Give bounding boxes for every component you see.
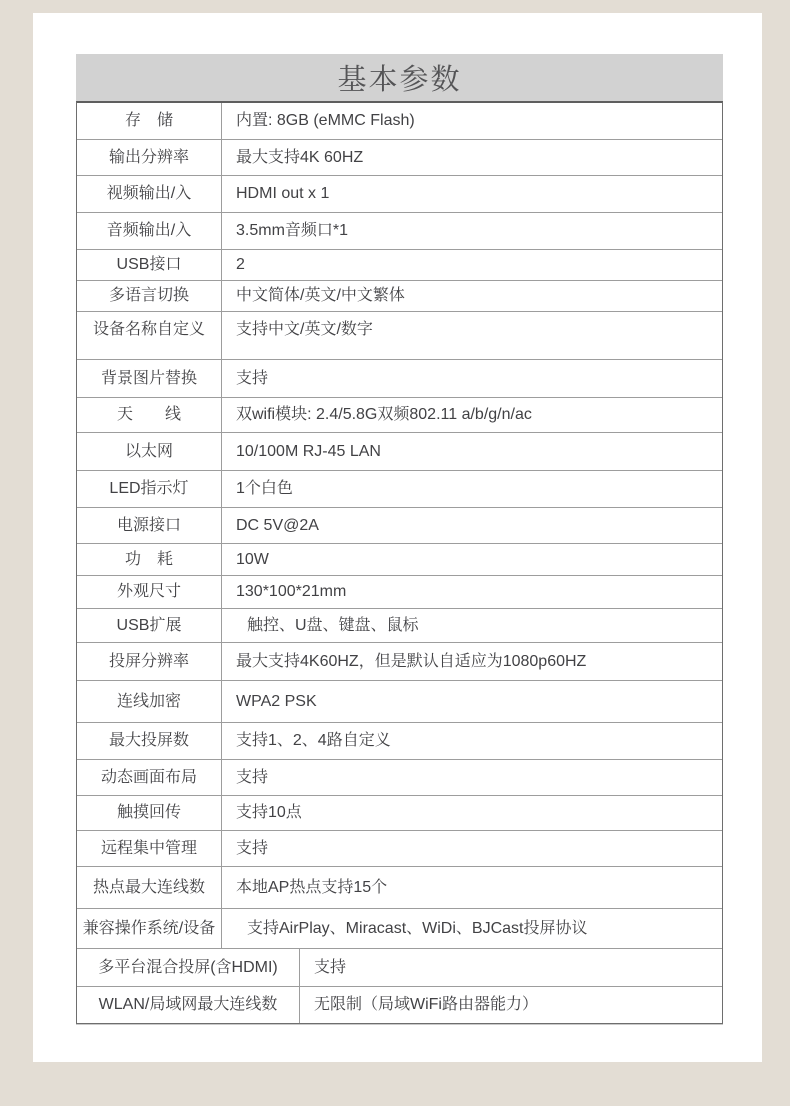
spec-value: 最大支持4K 60HZ	[222, 140, 722, 175]
spec-value: 支持	[300, 949, 722, 986]
table-row: 视频输出/入 HDMI out x 1	[77, 175, 722, 212]
table-row: 动态画面布局 支持	[77, 759, 722, 795]
table-row: WLAN/局域网最大连线数 无限制（局域WiFi路由器能力）	[77, 986, 722, 1023]
spec-value: 130*100*21mm	[222, 576, 722, 608]
table-row: 天 线 双wifi模块: 2.4/5.8G双频802.11 a/b/g/n/ac	[77, 397, 722, 432]
basic-params-table: 基本参数 存 储 内置: 8GB (eMMC Flash) 输出分辨率 最大支持…	[76, 54, 723, 1024]
spec-value: WPA2 PSK	[222, 681, 722, 722]
spec-label: 触摸回传	[77, 796, 222, 830]
table-row: 触摸回传 支持10点	[77, 795, 722, 830]
spec-value: 2	[222, 250, 722, 280]
spec-value: 最大支持4K60HZ，但是默认自适应为1080p60HZ	[222, 643, 722, 680]
spec-value: 10/100M RJ-45 LAN	[222, 433, 722, 470]
spec-value: 触控、U盘、键盘、鼠标	[222, 609, 722, 642]
table-row: USB接口 2	[77, 249, 722, 280]
spec-value: HDMI out x 1	[222, 176, 722, 212]
spec-label: WLAN/局域网最大连线数	[77, 987, 300, 1023]
table-row: 最大投屏数 支持1、2、4路自定义	[77, 722, 722, 759]
table-row: 投屏分辨率 最大支持4K60HZ，但是默认自适应为1080p60HZ	[77, 642, 722, 680]
spec-label: 多平台混合投屏(含HDMI)	[77, 949, 300, 986]
table-row: 背景图片替换 支持	[77, 359, 722, 397]
spec-value: 中文简体/英文/中文繁体	[222, 281, 722, 311]
table-row: 音频输出/入 3.5mm音频口*1	[77, 212, 722, 249]
table-body: 存 储 内置: 8GB (eMMC Flash) 输出分辨率 最大支持4K 60…	[76, 101, 723, 1024]
spec-label: 背景图片替换	[77, 360, 222, 397]
table-row: 多平台混合投屏(含HDMI) 支持	[77, 948, 722, 986]
table-row: 功 耗 10W	[77, 543, 722, 575]
spec-value: 支持	[222, 831, 722, 866]
table-row: 以太网 10/100M RJ-45 LAN	[77, 432, 722, 470]
spec-value: 双wifi模块: 2.4/5.8G双频802.11 a/b/g/n/ac	[222, 398, 722, 432]
spec-value: 支持1、2、4路自定义	[222, 723, 722, 759]
table-row: 外观尺寸 130*100*21mm	[77, 575, 722, 608]
table-row: USB扩展 触控、U盘、键盘、鼠标	[77, 608, 722, 642]
table-row: 设备名称自定义 支持中文/英文/数字	[77, 311, 722, 359]
spec-value: 10W	[222, 544, 722, 575]
table-row: 兼容操作系统/设备 支持AirPlay、Miracast、WiDi、BJCast…	[77, 908, 722, 948]
spec-value: 支持10点	[222, 796, 722, 830]
spec-label: 视频输出/入	[77, 176, 222, 212]
spec-label: 兼容操作系统/设备	[77, 909, 222, 948]
table-title: 基本参数	[76, 54, 723, 101]
spec-label: 动态画面布局	[77, 760, 222, 795]
spec-label: LED指示灯	[77, 471, 222, 507]
spec-label: 音频输出/入	[77, 213, 222, 249]
spec-label: USB接口	[77, 250, 222, 280]
table-row: 输出分辨率 最大支持4K 60HZ	[77, 139, 722, 175]
table-row: 存 储 内置: 8GB (eMMC Flash)	[77, 103, 722, 139]
spec-label: 输出分辨率	[77, 140, 222, 175]
spec-label: 多语言切换	[77, 281, 222, 311]
table-row: 热点最大连线数 本地AP热点支持15个	[77, 866, 722, 908]
spec-label: 天 线	[77, 398, 222, 432]
table-row: 多语言切换 中文简体/英文/中文繁体	[77, 280, 722, 311]
spec-value: 内置: 8GB (eMMC Flash)	[222, 103, 722, 139]
spec-label: 以太网	[77, 433, 222, 470]
spec-label: 最大投屏数	[77, 723, 222, 759]
spec-label: 外观尺寸	[77, 576, 222, 608]
spec-value: 1个白色	[222, 471, 722, 507]
spec-label: 热点最大连线数	[77, 867, 222, 908]
spec-label: 电源接口	[77, 508, 222, 543]
table-row: 连线加密 WPA2 PSK	[77, 680, 722, 722]
spec-label: 投屏分辨率	[77, 643, 222, 680]
spec-label: USB扩展	[77, 609, 222, 642]
spec-label: 连线加密	[77, 681, 222, 722]
page-background: { "page": { "background_color": "#e3ddd4…	[0, 0, 790, 1106]
spec-label: 存 储	[77, 103, 222, 139]
spec-label: 远程集中管理	[77, 831, 222, 866]
spec-value: 支持	[222, 360, 722, 397]
spec-value: 支持中文/英文/数字	[222, 312, 722, 359]
table-row: 电源接口 DC 5V@2A	[77, 507, 722, 543]
table-row: 远程集中管理 支持	[77, 830, 722, 866]
spec-value: 支持	[222, 760, 722, 795]
spec-value: 支持AirPlay、Miracast、WiDi、BJCast投屏协议	[222, 909, 722, 948]
spec-label: 设备名称自定义	[77, 312, 222, 359]
spec-value: 本地AP热点支持15个	[222, 867, 722, 908]
spec-label: 功 耗	[77, 544, 222, 575]
spec-value: 无限制（局域WiFi路由器能力）	[300, 987, 722, 1023]
table-row: LED指示灯 1个白色	[77, 470, 722, 507]
spec-card: 基本参数 存 储 内置: 8GB (eMMC Flash) 输出分辨率 最大支持…	[33, 13, 762, 1062]
spec-value: DC 5V@2A	[222, 508, 722, 543]
spec-value: 3.5mm音频口*1	[222, 213, 722, 249]
